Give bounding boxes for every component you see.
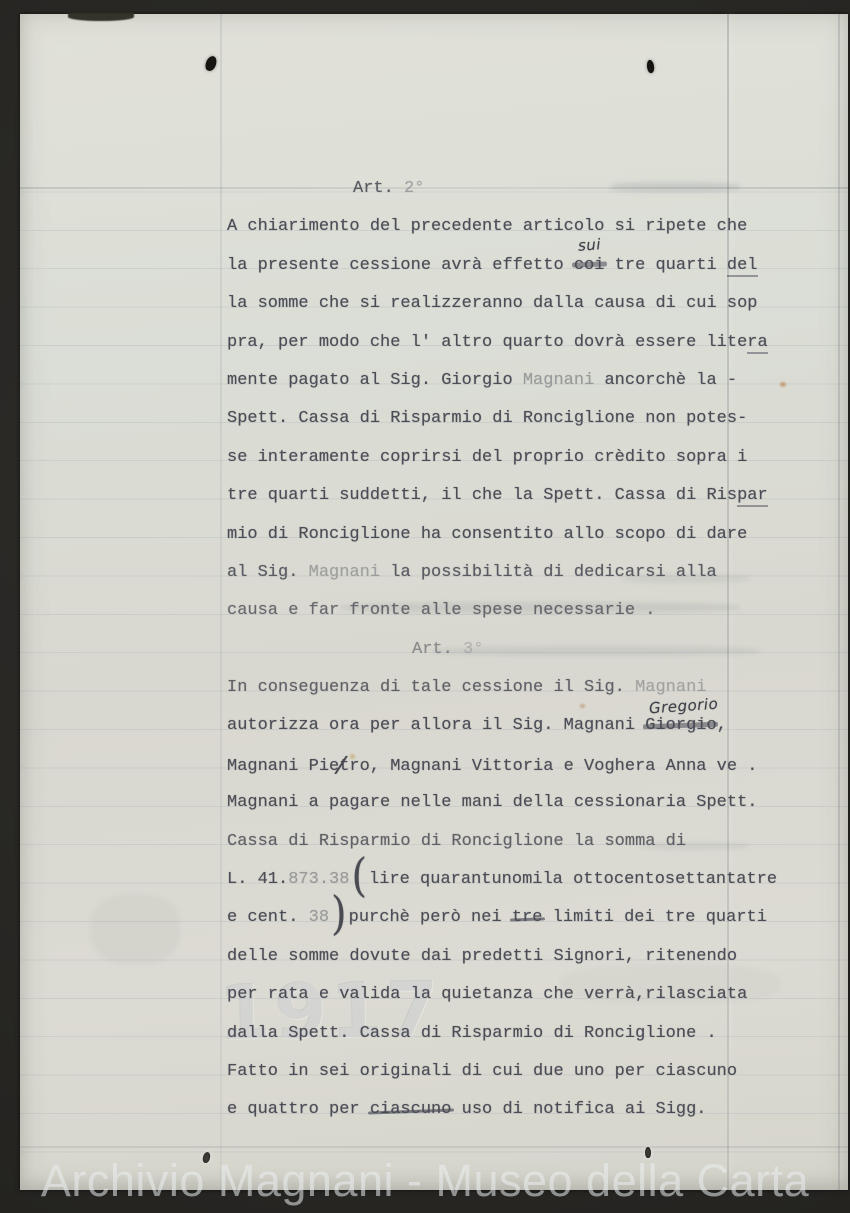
typed-text: autorizza ora per allora il Sig. Magnani bbox=[227, 716, 645, 735]
underlined-typed-text: ra bbox=[747, 333, 767, 354]
photo-background: 1917 Art. 2°A chiarimento del precedente… bbox=[0, 0, 850, 1213]
typed-text: purchè però nei bbox=[349, 908, 512, 927]
typed-line: delle somme dovute dai predetti Signori,… bbox=[227, 938, 827, 976]
typed-text: Art. bbox=[353, 179, 404, 198]
typed-text: L. 41. bbox=[227, 870, 288, 889]
typed-text: limiti dei tre quarti bbox=[542, 908, 766, 927]
typed-text: causa e far fronte alle spese necessarie… bbox=[227, 601, 655, 620]
typed-text: mente pagato al Sig. Giorgio bbox=[227, 371, 523, 390]
typed-line: al Sig. Magnani la possibilità di dedica… bbox=[227, 554, 827, 592]
typed-line: L. 41.873.38(lire quarantunomila ottocen… bbox=[227, 861, 827, 899]
typed-text: ancorchè la - bbox=[594, 371, 737, 390]
torn-edge-mark bbox=[68, 13, 134, 21]
typed-line: autorizza ora per allora il Sig. Magnani… bbox=[227, 707, 827, 745]
typed-line: e quattro per ciascuno uso di notifica a… bbox=[227, 1091, 827, 1129]
typed-text: Fatto in sei originali di cui due uno pe… bbox=[227, 1062, 737, 1081]
typed-text: lire quarantunomila ottocentosettantatre bbox=[369, 870, 777, 889]
ink-smudge bbox=[90, 894, 180, 964]
fold-crease bbox=[838, 14, 840, 1190]
handwritten-correction: sui bbox=[577, 237, 601, 253]
typed-text: delle somme dovute dai predetti Signori,… bbox=[227, 947, 737, 966]
handwritten-slash: / bbox=[335, 746, 343, 785]
typed-text: se interamente coprirsi del proprio crèd… bbox=[227, 448, 747, 467]
faded-typed-text: 3° bbox=[463, 640, 483, 659]
faded-typed-text: Magnani bbox=[523, 371, 594, 390]
punch-hole bbox=[204, 55, 217, 72]
typed-line: Spett. Cassa di Risparmio di Ronciglione… bbox=[227, 400, 827, 438]
typed-line: se interamente coprirsi del proprio crèd… bbox=[227, 439, 827, 477]
typed-text: mio di Ronciglione ha consentito allo sc… bbox=[227, 525, 747, 544]
faded-typed-text: Magnani bbox=[635, 678, 706, 697]
typed-text: Magnani Pie bbox=[227, 757, 339, 776]
typed-text: pra, per modo che l' altro quarto dovrà … bbox=[227, 333, 747, 352]
faded-typed-text: Magnani bbox=[309, 563, 380, 582]
typed-text: e quattro per bbox=[227, 1100, 370, 1119]
typed-line: Art. 3° bbox=[227, 631, 827, 669]
struck-word: tre bbox=[512, 899, 543, 937]
typed-text: e cent. bbox=[227, 908, 309, 927]
typed-text: Spett. Cassa di Risparmio di Ronciglione… bbox=[227, 409, 747, 428]
typed-text: , bbox=[717, 716, 727, 735]
typed-line: Magnani a pagare nelle mani della cessio… bbox=[227, 784, 827, 822]
typed-line: causa e far fronte alle spese necessarie… bbox=[227, 592, 827, 630]
typed-text: Art. bbox=[412, 640, 463, 659]
typed-text: tre quarti suddetti, il che la Spett. Ca… bbox=[227, 486, 737, 505]
typed-text: per rata e valida la quietanza che verrà… bbox=[227, 985, 747, 1004]
typed-text: uso di notifica ai Sigg. bbox=[451, 1100, 706, 1119]
corrected-word: GiorgioGregorio bbox=[645, 707, 716, 745]
typed-line: per rata e valida la quietanza che verrà… bbox=[227, 976, 827, 1014]
typed-line: la presente cessione avrà effetto coisui… bbox=[227, 247, 827, 285]
typed-line: pra, per modo che l' altro quarto dovrà … bbox=[227, 324, 827, 362]
typed-text: In conseguenza di tale cessione il Sig. bbox=[227, 678, 635, 697]
typed-line: A chiarimento del precedente articolo si… bbox=[227, 208, 827, 246]
typed-text-block: Art. 2°A chiarimento del precedente arti… bbox=[227, 170, 827, 1130]
typed-line: Fatto in sei originali di cui due uno pe… bbox=[227, 1053, 827, 1091]
underlined-typed-text: del bbox=[727, 256, 758, 277]
typed-line: mio di Ronciglione ha consentito allo sc… bbox=[227, 516, 827, 554]
punch-hole bbox=[646, 59, 656, 73]
typed-line: Art. 2° bbox=[227, 170, 827, 208]
typed-text: dalla Spett. Cassa di Risparmio di Ronci… bbox=[227, 1024, 717, 1043]
typed-text: Magnani a pagare nelle mani della cessio… bbox=[227, 793, 758, 812]
watermark: Archivio Magnani - Museo della Carta bbox=[41, 1155, 809, 1207]
typed-text: tre quarti bbox=[604, 256, 726, 275]
corrected-word: coisui bbox=[574, 247, 605, 285]
typed-text: al Sig. bbox=[227, 563, 309, 582]
typed-text: Cassa di Risparmio di Ronciglione la som… bbox=[227, 832, 686, 851]
fold-crease bbox=[20, 1146, 848, 1148]
struck-word: ciascuno bbox=[370, 1091, 452, 1129]
typed-text: tro, Magnani Vittoria e Voghera Anna ve … bbox=[339, 757, 757, 776]
typed-line: Magnani Pie/tro, Magnani Vittoria e Vogh… bbox=[227, 746, 827, 784]
faded-typed-text: 2° bbox=[404, 179, 424, 198]
typed-text: la somme che si realizzeranno dalla caus… bbox=[227, 294, 758, 313]
typed-text: la possibilità di dedicarsi alla bbox=[380, 563, 717, 582]
typed-text: A chiarimento del precedente articolo si… bbox=[227, 217, 747, 236]
typed-text: la presente cessione avrà effetto bbox=[227, 256, 574, 275]
typed-line: mente pagato al Sig. Giorgio Magnani anc… bbox=[227, 362, 827, 400]
typed-line: la somme che si realizzeranno dalla caus… bbox=[227, 285, 827, 323]
document-page: 1917 Art. 2°A chiarimento del precedente… bbox=[20, 14, 848, 1190]
handwritten-correction: Gregorio bbox=[649, 696, 719, 715]
typed-line: In conseguenza di tale cessione il Sig. … bbox=[227, 669, 827, 707]
typed-line: tre quarti suddetti, il che la Spett. Ca… bbox=[227, 477, 827, 515]
faded-typed-text: 38 bbox=[309, 908, 329, 927]
underlined-typed-text: par bbox=[737, 486, 768, 507]
typed-line: Cassa di Risparmio di Ronciglione la som… bbox=[227, 823, 827, 861]
faded-typed-text: 873.38 bbox=[288, 870, 349, 889]
typed-line: dalla Spett. Cassa di Risparmio di Ronci… bbox=[227, 1015, 827, 1053]
typed-line: e cent. 38)purchè però nei tre limiti de… bbox=[227, 899, 827, 937]
